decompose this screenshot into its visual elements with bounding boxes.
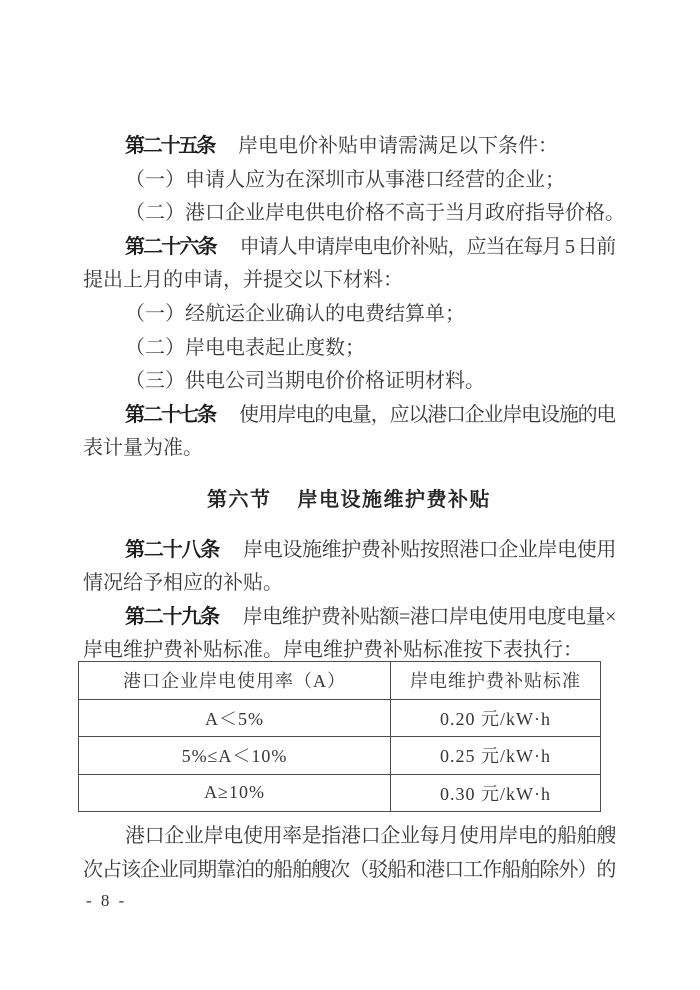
article-25-number: 第二十五条 [125,135,214,157]
article-25-item-2: （二）港口企业岸电供电价格不高于当月政府指导价格。 [83,197,615,231]
table-row: A＜5% 0.20 元/kW·h [79,699,601,737]
document-page: 第二十五条岸电电价补贴申请需满足以下条件： （一）申请人应为在深圳市从事港口经营… [0,0,700,990]
article-28-number: 第二十八条 [125,539,219,561]
article-26-text: 申请人申请岸电电价补贴，应当在每月 5 日前 [240,236,615,258]
article-29-text: 岸电维护费补贴额=港口岸电使用电度电量× [243,606,615,628]
article-26-number: 第二十六条 [125,236,216,258]
article-28-text: 岸电设施维护费补贴按照港口企业岸电使用 [243,539,615,561]
article-27-text: 使用岸电的电量，应以港口企业岸电设施的电 [239,404,615,426]
table-header-row: 港口企业岸电使用率（A） 岸电维护费补贴标准 [79,661,601,699]
article-25-text: 岸电电价补贴申请需满足以下条件： [238,135,558,157]
article-27-heading-line: 第二十七条使用岸电的电量，应以港口企业岸电设施的电 [83,399,615,433]
subsidy-standard-cell: 0.20 元/kW·h [391,699,601,737]
article-29-number: 第二十九条 [125,606,219,628]
article-26-item-2: （二）岸电电表起止度数； [83,332,615,366]
article-27-continuation-line: 表计量为准。 [83,432,615,466]
article-25-heading-line: 第二十五条岸电电价补贴申请需满足以下条件： [83,130,615,164]
section-6-label: 第六节 [207,489,272,511]
article-27-number: 第二十七条 [125,404,215,426]
document-body: 第二十五条岸电电价补贴申请需满足以下条件： （一）申请人应为在深圳市从事港口经营… [83,130,615,887]
article-26-continuation-line: 提出上月的申请，并提交以下材料： [83,264,615,298]
article-28-continuation-line: 情况给予相应的补贴。 [83,567,615,601]
section-6-title: 岸电设施维护费补贴 [298,489,492,511]
table-row: 5%≤A＜10% 0.25 元/kW·h [79,737,601,775]
usage-rate-definition-line-2: 次占该企业同期靠泊的船舶艘次（驳船和港口工作船舶除外）的 [83,854,615,888]
usage-rate-cell: 5%≤A＜10% [79,737,391,775]
table-row: A≥10% 0.30 元/kW·h [79,774,601,812]
table-header-subsidy-standard: 岸电维护费补贴标准 [391,661,601,699]
section-6-heading: 第六节岸电设施维护费补贴 [83,484,615,518]
usage-rate-cell: A＜5% [79,699,391,737]
page-number: - 8 - [86,891,127,911]
article-26-item-3: （三）供电公司当期电价价格证明材料。 [83,365,615,399]
subsidy-standard-cell: 0.30 元/kW·h [391,774,601,812]
article-29-continuation-line: 岸电维护费补贴标准。岸电维护费补贴标准按下表执行： [83,634,615,668]
article-28-heading-line: 第二十八条岸电设施维护费补贴按照港口企业岸电使用 [83,534,615,568]
article-26-item-1: （一）经航运企业确认的电费结算单； [83,298,615,332]
usage-rate-definition-line-1: 港口企业岸电使用率是指港口企业每月使用岸电的船舶艘 [83,820,615,854]
maintenance-subsidy-table: 港口企业岸电使用率（A） 岸电维护费补贴标准 A＜5% 0.20 元/kW·h … [78,661,601,812]
subsidy-standard-cell: 0.25 元/kW·h [391,737,601,775]
usage-rate-cell: A≥10% [79,774,391,812]
article-26-heading-line: 第二十六条申请人申请岸电电价补贴，应当在每月 5 日前 [83,231,615,265]
article-29-heading-line: 第二十九条岸电维护费补贴额=港口岸电使用电度电量× [83,601,615,635]
table-header-usage-rate: 港口企业岸电使用率（A） [79,661,391,699]
article-25-item-1: （一）申请人应为在深圳市从事港口经营的企业； [83,164,615,198]
